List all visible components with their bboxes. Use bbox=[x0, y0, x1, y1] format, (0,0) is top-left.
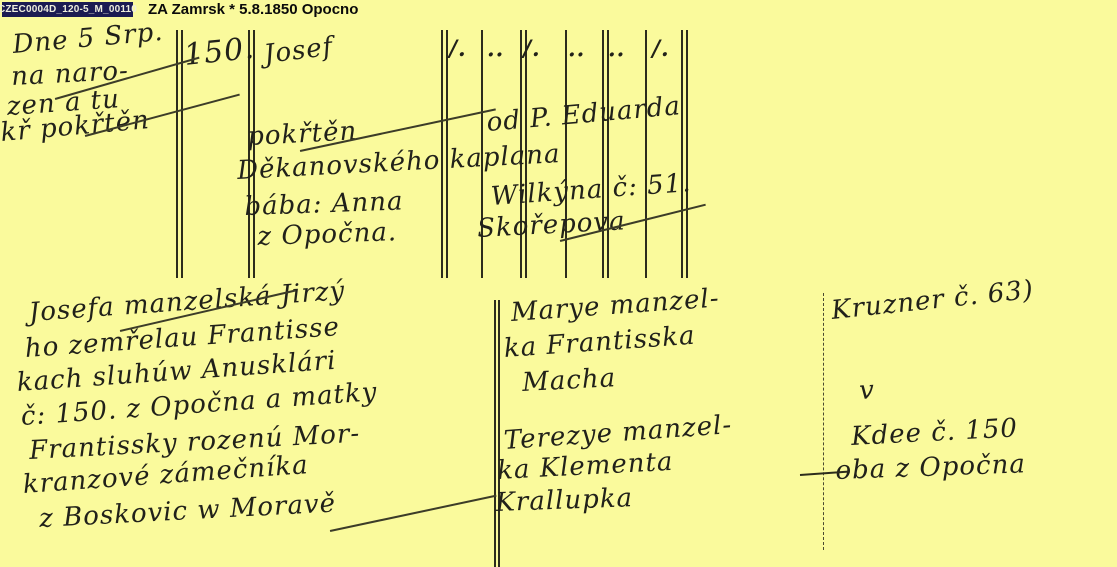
pen-flourish bbox=[330, 495, 497, 532]
ditto-mark: ·· bbox=[487, 42, 504, 68]
ditto-mark: /. bbox=[523, 36, 541, 62]
column-rule-line bbox=[181, 30, 183, 278]
midwife-surname: Skořepova bbox=[476, 206, 626, 244]
ditto-mark: ·· bbox=[608, 42, 625, 68]
column-rule-line bbox=[681, 30, 683, 278]
entry-number: 150. bbox=[182, 31, 256, 73]
scanned-register-page: CZEC0004D_120-5_M_00110 ZA Zamrsk * 5.8.… bbox=[0, 0, 1117, 567]
ditto-mark: /. bbox=[449, 36, 467, 62]
page-title: ZA Zamrsk * 5.8.1850 Opocno bbox=[148, 1, 358, 18]
right-column-line: oba z Opočna bbox=[835, 449, 1026, 486]
column-rule-line bbox=[565, 30, 567, 278]
column-rule-line bbox=[686, 30, 688, 278]
midwife-from: z Opočna. bbox=[257, 217, 398, 252]
column-rule-line bbox=[176, 30, 178, 278]
column-rule-line bbox=[823, 293, 824, 550]
baptism-priest: od P. Eduarda bbox=[485, 91, 682, 138]
witness-line: Krallupka bbox=[495, 483, 634, 518]
right-column-line: Kruzner č. 63) bbox=[830, 275, 1035, 326]
right-column-line: Kdee č. 150 bbox=[850, 413, 1018, 452]
right-column-line: v bbox=[858, 375, 875, 406]
column-rule-line bbox=[253, 30, 255, 278]
date-line: Dne 5 Srp. bbox=[11, 17, 164, 60]
ditto-mark: ·· bbox=[568, 42, 585, 68]
column-rule-line bbox=[645, 30, 647, 278]
image-id-badge: CZEC0004D_120-5_M_00110 bbox=[2, 2, 133, 17]
column-rule-line bbox=[248, 30, 250, 278]
baptism-word: pokřtěn bbox=[246, 116, 357, 152]
midwife-label: bába: Anna bbox=[244, 186, 404, 222]
child-name: Josef bbox=[262, 32, 335, 70]
witness-line: ka Frantisska bbox=[503, 321, 697, 364]
column-rule-line bbox=[602, 30, 604, 278]
ditto-mark: /. bbox=[652, 36, 670, 62]
witness-line: Macha bbox=[521, 363, 616, 398]
column-rule-line bbox=[494, 300, 496, 567]
column-rule-line bbox=[498, 300, 500, 567]
